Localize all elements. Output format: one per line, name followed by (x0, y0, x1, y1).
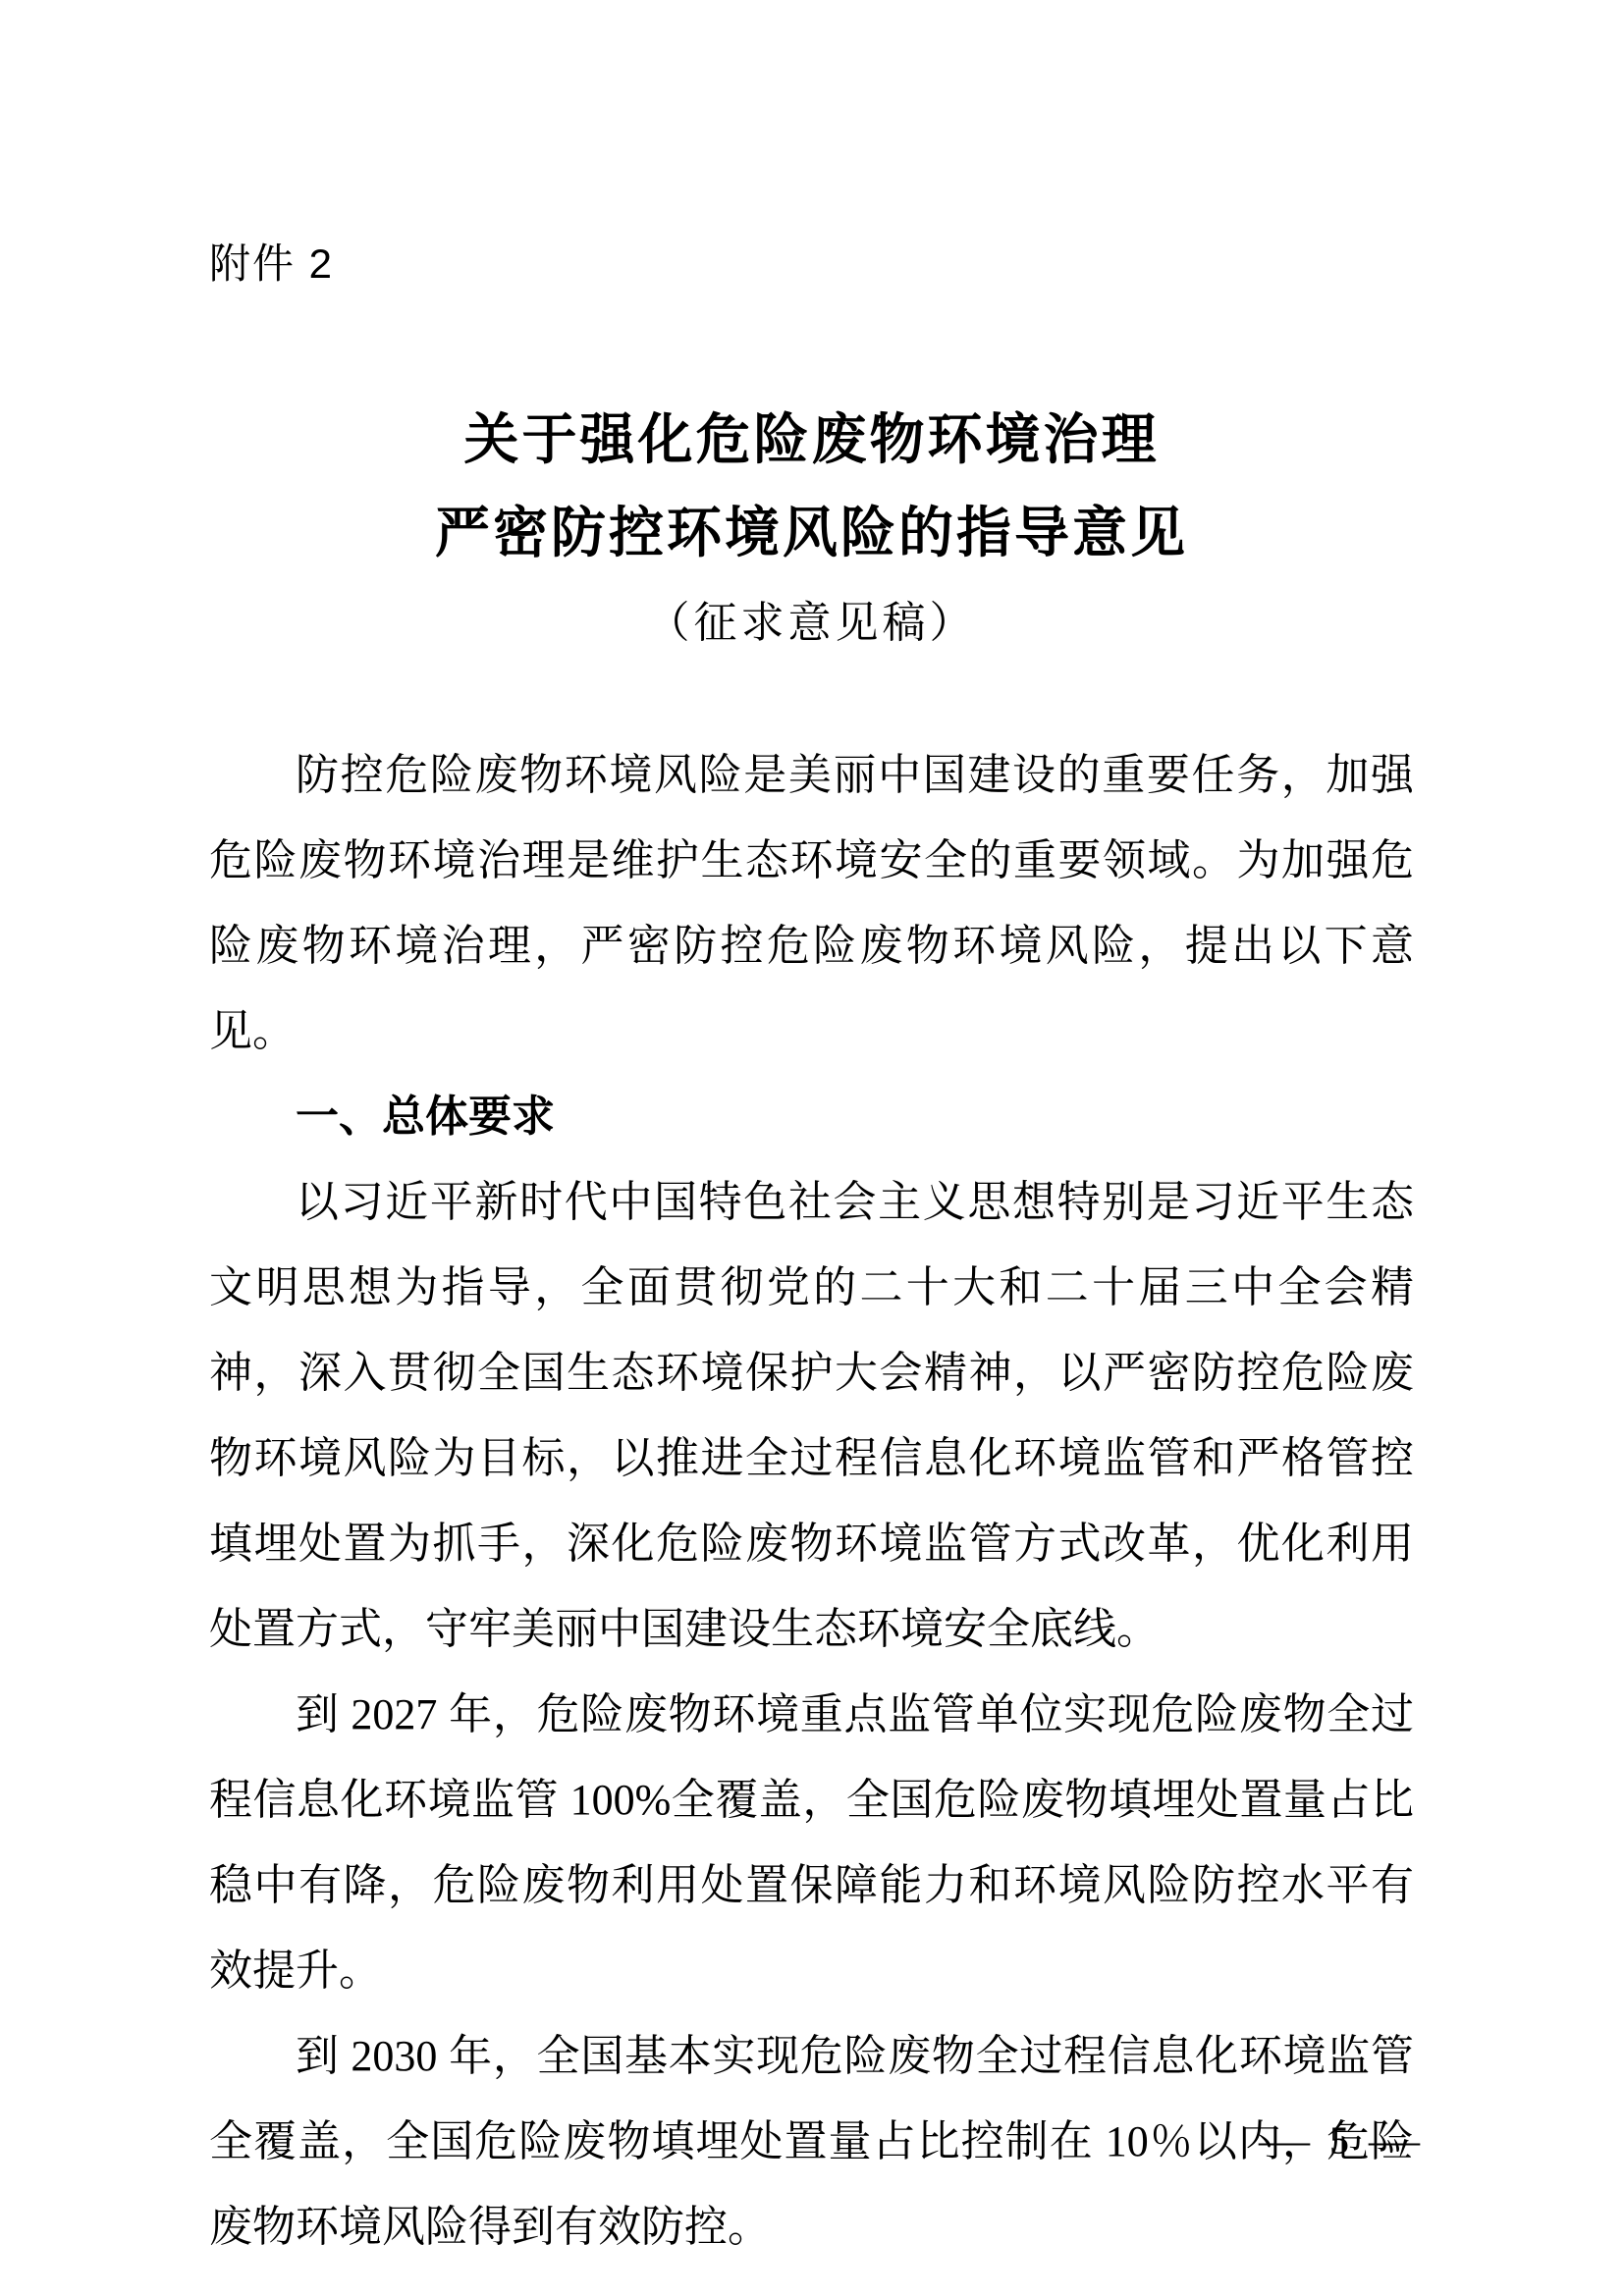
footer-dash-left: — (1259, 2116, 1310, 2165)
paragraph: 到 2030 年，全国基本实现危险废物全过程信息化环境监管全覆盖，全国危险废物填… (209, 2013, 1414, 2269)
paragraph: 防控危险废物环境风险是美丽中国建设的重要任务，加强危险废物环境治理是维护生态环境… (209, 732, 1414, 1074)
paragraph: 以习近平新时代中国特色社会主义思想特别是习近平生态文明思想为指导，全面贯彻党的二… (209, 1159, 1414, 1672)
title-line-2: 严密防控环境风险的指导意见 (209, 486, 1414, 579)
document-body: 防控危险废物环境风险是美丽中国建设的重要任务，加强危险废物环境治理是维护生态环境… (209, 732, 1414, 2269)
document-page: 附件 2 关于强化危险废物环境治理 严密防控环境风险的指导意见 （征求意见稿） … (0, 0, 1624, 2296)
document-subtitle: （征求意见稿） (209, 594, 1414, 653)
attachment-label: 附件 2 (209, 240, 1414, 289)
footer-dash-right: — (1369, 2116, 1420, 2165)
page-number: 5 (1304, 2116, 1375, 2165)
section-heading: 一、总体要求 (209, 1074, 1414, 1159)
paragraph: 到 2027 年，危险废物环境重点监管单位实现危险废物全过程信息化环境监管 10… (209, 1672, 1414, 2013)
page-footer: —5— (1265, 2116, 1414, 2165)
title-line-1: 关于强化危险废物环境治理 (209, 393, 1414, 486)
document-title: 关于强化危险废物环境治理 严密防控环境风险的指导意见 (209, 393, 1414, 579)
